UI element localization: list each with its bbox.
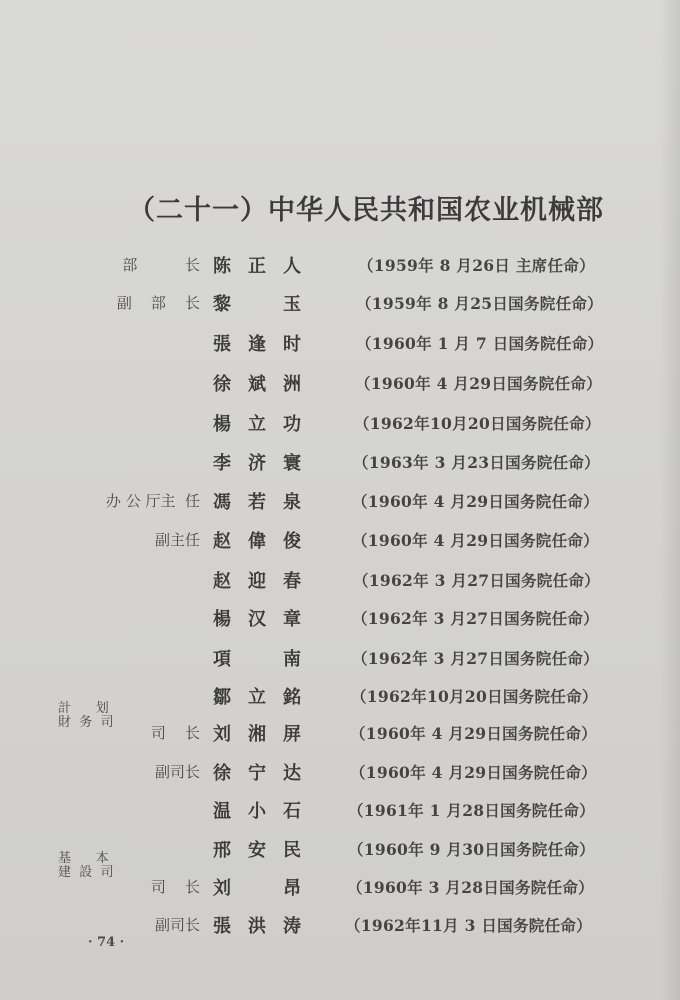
- name-char: 洲: [282, 370, 302, 396]
- name-char: 赵: [212, 527, 232, 553]
- name-char: 泉: [282, 488, 302, 514]
- name-char: 項: [212, 645, 232, 671]
- name-char: 涛: [282, 912, 302, 938]
- name-char: 刘: [212, 874, 232, 900]
- name-char: 銘: [282, 683, 302, 709]
- name-char: [247, 874, 267, 900]
- role-label: 部 长: [62, 254, 200, 275]
- role-label: 副 部 长: [62, 292, 200, 313]
- name-char: 石: [282, 797, 302, 823]
- person-name: 陈正人: [212, 252, 302, 278]
- name-char: 寰: [282, 449, 302, 475]
- name-char: 春: [282, 567, 302, 593]
- name-char: [247, 290, 267, 316]
- name-char: 楊: [212, 605, 232, 631]
- role-label: 办 公 厅主 任: [62, 490, 200, 511]
- name-char: 济: [247, 449, 267, 475]
- appointment-date: （1960年 4 月29日国务院任命）: [352, 529, 599, 551]
- person-name: 楊立功: [212, 410, 302, 436]
- name-char: 章: [282, 605, 302, 631]
- appointment-date: （1960年 4 月29日国务院任命）: [350, 722, 597, 744]
- name-char: 玉: [282, 290, 302, 316]
- name-char: 屏: [282, 720, 302, 746]
- appointment-row: 楊汉章（1962年 3 月27日国务院任命）: [0, 605, 680, 637]
- name-char: 湘: [247, 720, 267, 746]
- name-char: 邢: [212, 836, 232, 862]
- appointment-row: 楊立功（1962年10月20日国务院任命）: [0, 410, 680, 442]
- appointment-date: （1963年 3 月23日国务院任命）: [353, 451, 600, 473]
- name-char: 时: [282, 330, 302, 356]
- person-name: 項南: [212, 645, 302, 671]
- person-name: 徐宁达: [212, 759, 302, 785]
- name-char: 迎: [247, 567, 267, 593]
- appointment-row: 温小石（1961年 1 月28日国务院任命）: [0, 797, 680, 829]
- appointment-date: （1960年 4 月29日国务院任命）: [352, 490, 599, 512]
- name-char: 斌: [247, 370, 267, 396]
- appointment-date: （1960年 3 月28日国务院任命）: [347, 876, 594, 898]
- section-title: （二十一）中华人民共和国农业机械部: [128, 188, 598, 227]
- person-name: 黎玉: [212, 290, 302, 316]
- appointment-date: （1960年 4 月29日国务院任命）: [355, 372, 602, 394]
- name-char: 陈: [212, 252, 232, 278]
- appointment-row: 副主任赵偉俊（1960年 4 月29日国务院任命）: [0, 527, 680, 559]
- role-label: 司 长: [140, 876, 200, 897]
- appointment-row: 部 长陈正人（1959年 8 月26日 主席任命）: [0, 252, 680, 284]
- person-name: 赵迎春: [212, 567, 302, 593]
- name-char: [247, 645, 267, 671]
- name-char: 徐: [212, 759, 232, 785]
- person-name: 楊汉章: [212, 605, 302, 631]
- name-char: 宁: [247, 759, 267, 785]
- person-name: 刘昂: [212, 874, 302, 900]
- person-name: 徐斌洲: [212, 370, 302, 396]
- name-char: 俊: [282, 527, 302, 553]
- name-char: 南: [282, 645, 302, 671]
- appointment-row: 副 部 长黎玉（1959年 8 月25日国务院任命）: [0, 290, 680, 322]
- name-char: 人: [282, 252, 302, 278]
- person-name: 赵偉俊: [212, 527, 302, 553]
- dept-capital-construction: 基 本 建 設 司: [58, 852, 114, 880]
- name-char: 功: [282, 410, 302, 436]
- person-name: 李济寰: [212, 449, 302, 475]
- name-char: 偉: [247, 527, 267, 553]
- role-label: 司 长: [140, 722, 200, 743]
- person-name: 鄒立銘: [212, 683, 302, 709]
- name-char: 徐: [212, 370, 232, 396]
- person-name: 馮若泉: [212, 488, 302, 514]
- person-name: 刘湘屏: [212, 720, 302, 746]
- appointment-row: 办 公 厅主 任馮若泉（1960年 4 月29日国务院任命）: [0, 488, 680, 520]
- name-char: 昂: [282, 874, 302, 900]
- appointment-date: （1960年 1 月 7 日国务院任命）: [356, 332, 603, 354]
- role-label: 副司长: [140, 761, 200, 782]
- name-char: 汉: [247, 605, 267, 631]
- appointment-date: （1962年 3 月27日国务院任命）: [353, 569, 600, 591]
- appointment-date: （1962年10月20日国务院任命）: [351, 685, 598, 707]
- appointment-date: （1959年 8 月25日国务院任命）: [356, 292, 603, 314]
- appointment-date: （1960年 4 月29日国务院任命）: [350, 761, 597, 783]
- name-char: 正: [247, 252, 267, 278]
- dept-line: 基 本: [58, 852, 114, 866]
- person-name: 温小石: [212, 797, 302, 823]
- page-number: · 74 ·: [88, 935, 124, 950]
- appointment-row: 徐斌洲（1960年 4 月29日国务院任命）: [0, 370, 680, 402]
- role-label: 副主任: [140, 529, 200, 550]
- name-char: 逢: [247, 330, 267, 356]
- dept-planning-finance: 計 划 財 务 司: [58, 702, 114, 730]
- appointment-date: （1962年 3 月27日国务院任命）: [352, 647, 599, 669]
- name-char: 馮: [212, 488, 232, 514]
- appointment-row: 赵迎春（1962年 3 月27日国务院任命）: [0, 567, 680, 599]
- name-char: 安: [247, 836, 267, 862]
- name-char: 达: [282, 759, 302, 785]
- name-char: 温: [212, 797, 232, 823]
- name-char: 楊: [212, 410, 232, 436]
- appointment-date: （1959年 8 月26日 主席任命）: [358, 254, 595, 276]
- name-char: 洪: [247, 912, 267, 938]
- dept-line: 建 設 司: [58, 866, 114, 880]
- appointment-row: 項南（1962年 3 月27日国务院任命）: [0, 645, 680, 677]
- dept-line: 計 划: [58, 702, 114, 716]
- appointment-row: 副司长徐宁达（1960年 4 月29日国务院任命）: [0, 759, 680, 791]
- name-char: 若: [247, 488, 267, 514]
- person-name: 張洪涛: [212, 912, 302, 938]
- name-char: 張: [212, 330, 232, 356]
- name-char: 小: [247, 797, 267, 823]
- role-label: 副司长: [140, 914, 200, 935]
- appointment-row: 李济寰（1963年 3 月23日国务院任命）: [0, 449, 680, 481]
- person-name: 張逢时: [212, 330, 302, 356]
- appointment-date: （1960年 9 月30日国务院任命）: [348, 838, 595, 860]
- appointment-date: （1962年11月 3 日国务院任命）: [345, 914, 592, 936]
- name-char: 赵: [212, 567, 232, 593]
- name-char: 鄒: [212, 683, 232, 709]
- name-char: 刘: [212, 720, 232, 746]
- appointment-date: （1962年10月20日国务院任命）: [354, 412, 601, 434]
- name-char: 立: [247, 410, 267, 436]
- appointment-date: （1961年 1 月28日国务院任命）: [348, 799, 595, 821]
- name-char: 立: [247, 683, 267, 709]
- name-char: 李: [212, 449, 232, 475]
- dept-line: 財 务 司: [58, 716, 114, 730]
- appointment-date: （1962年 3 月27日国务院任命）: [352, 607, 599, 629]
- person-name: 邢安民: [212, 836, 302, 862]
- name-char: 張: [212, 912, 232, 938]
- appointment-row: 張逢时（1960年 1 月 7 日国务院任命）: [0, 330, 680, 362]
- name-char: 民: [282, 836, 302, 862]
- name-char: 黎: [212, 290, 232, 316]
